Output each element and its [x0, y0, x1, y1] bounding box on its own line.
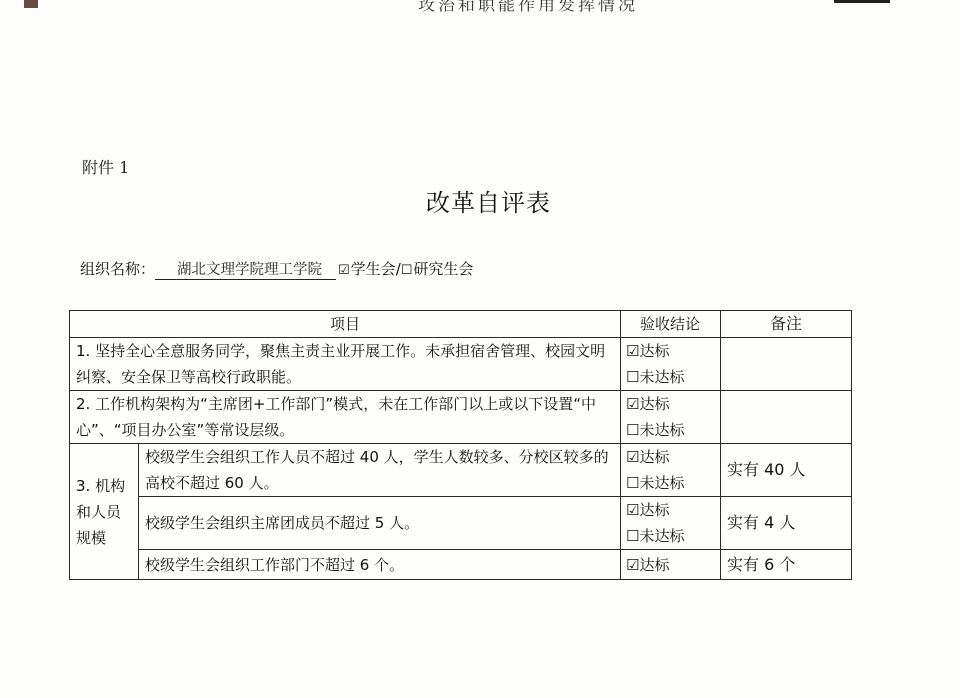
header-note: 备注 [721, 311, 852, 338]
header-item: 项目 [70, 311, 621, 338]
fail-unchecked-option: ☐未达标 [626, 523, 714, 549]
unchecked-box-icon: ☐ [401, 263, 413, 278]
checked-box-icon: ☑ [338, 263, 350, 278]
organization-line: 组织名称： 湖北文理学院理工学院 ☑学生会 / ☐研究生会 [80, 258, 473, 280]
note-cell [721, 338, 852, 391]
item-text: 1. 坚持全心全意服务同学，聚焦主责主业开展工作。未承担宿舍管理、校园文明纠察、… [70, 338, 621, 391]
conclusion-cell: ☑达标 ☐未达标 [621, 497, 721, 550]
note-cell: 实有 40 人 [721, 444, 852, 497]
document-title: 改革自评表 [426, 183, 551, 218]
note-cell: 实有 4 人 [721, 497, 852, 550]
table-row: 校级学生会组织工作部门不超过 6 个。 ☑达标 实有 6 个 [70, 550, 852, 580]
item-text: 校级学生会组织工作部门不超过 6 个。 [139, 550, 621, 580]
cutoff-previous-page-text: 攻治和职能作用发挥情况 [418, 0, 638, 15]
fail-unchecked-option: ☐未达标 [626, 470, 714, 496]
pass-checked-option: ☑达标 [626, 444, 714, 470]
item-text: 2. 工作机构架构为“主席团+工作部门”模式，未在工作部门以上或以下设置“中心”… [70, 391, 621, 444]
conclusion-cell: ☑达标 ☐未达标 [621, 444, 721, 497]
note-cell [721, 391, 852, 444]
pass-checked-option: ☑达标 [626, 497, 714, 523]
pass-checked-option: ☑达标 [626, 338, 714, 364]
conclusion-cell: ☑达标 [621, 550, 721, 580]
table-header-row: 项目 验收结论 备注 [70, 311, 852, 338]
table-row: 3. 机构和人员规模 校级学生会组织工作人员不超过 40 人，学生人数较多、分校… [70, 444, 852, 497]
item-text: 校级学生会组织主席团成员不超过 5 人。 [139, 497, 621, 550]
conclusion-cell: ☑达标 ☐未达标 [621, 338, 721, 391]
note-cell: 实有 6 个 [721, 550, 852, 580]
org-type-student-union: ☑学生会 [338, 258, 396, 279]
group-label: 3. 机构和人员规模 [70, 444, 139, 580]
pass-checked-option: ☑达标 [626, 552, 714, 578]
scan-edge-bar [834, 0, 890, 3]
item-text: 校级学生会组织工作人员不超过 40 人，学生人数较多、分校区较多的高校不超过 6… [139, 444, 621, 497]
scan-edge-mark [24, 0, 38, 8]
org-label: 组织名称： [80, 258, 155, 279]
header-conclusion: 验收结论 [621, 311, 721, 338]
attachment-label: 附件 1 [82, 155, 129, 178]
fail-unchecked-option: ☐未达标 [626, 417, 714, 443]
org-type-graduate-union: ☐研究生会 [401, 258, 474, 279]
table-row: 1. 坚持全心全意服务同学，聚焦主责主业开展工作。未承担宿舍管理、校园文明纠察、… [70, 338, 852, 391]
org-name-field: 湖北文理学院理工学院 [155, 258, 336, 280]
pass-checked-option: ☑达标 [626, 391, 714, 417]
fail-unchecked-option: ☐未达标 [626, 364, 714, 390]
conclusion-cell: ☑达标 ☐未达标 [621, 391, 721, 444]
self-evaluation-table: 项目 验收结论 备注 1. 坚持全心全意服务同学，聚焦主责主业开展工作。未承担宿… [69, 310, 852, 580]
table-row: 2. 工作机构架构为“主席团+工作部门”模式，未在工作部门以上或以下设置“中心”… [70, 391, 852, 444]
table-row: 校级学生会组织主席团成员不超过 5 人。 ☑达标 ☐未达标 实有 4 人 [70, 497, 852, 550]
